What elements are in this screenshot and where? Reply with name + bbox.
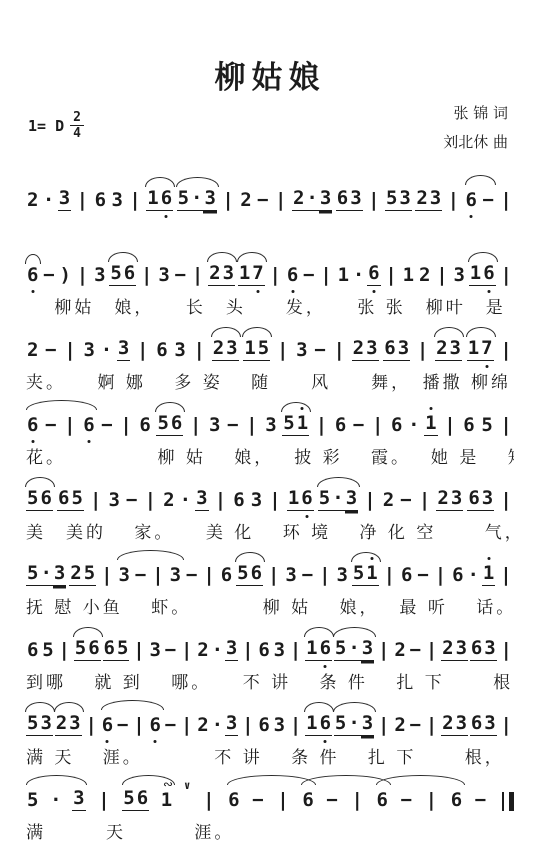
note-char: 5 xyxy=(26,714,39,736)
note-group: 6 xyxy=(26,266,39,286)
note-group: 65 xyxy=(57,489,84,511)
barline: | xyxy=(275,189,286,211)
tie-arc-icon xyxy=(117,550,184,560)
note-char: 3 xyxy=(449,339,462,361)
notes-row: 2·3|63|165·3|2−|2·363|5323|6−| xyxy=(26,173,514,211)
note-char: 6 xyxy=(57,489,70,511)
note-group: 6 xyxy=(94,191,107,211)
key-label: 1= D xyxy=(28,117,64,135)
note-char: 2 xyxy=(382,491,395,511)
note-char: 6 xyxy=(470,639,483,661)
note-char: · xyxy=(347,639,360,661)
barline: | xyxy=(426,714,437,736)
lyrics-row: 夹。 婀 娜 多 姿 随 风 舞， 播撒 柳绵 如 飞 xyxy=(26,361,514,395)
note-group: 23 xyxy=(415,189,442,211)
note-char: 3 xyxy=(72,789,85,811)
barline: | xyxy=(120,414,131,436)
note-char: 1 xyxy=(287,489,300,511)
note-group: 51 xyxy=(282,414,309,436)
music-line-2: 6−)|356|3−|2317|6−|1·6|12|316| 柳姑 娘， 长 头… xyxy=(26,248,514,320)
music-line-5: 5665|3−|2·3|63|165·3|2−|2363|美 美的 家。 美 化… xyxy=(26,473,514,545)
lyrics-row: 美 美的 家。 美 化 环 境 净 化 空 气， 伫立 河岸 xyxy=(26,511,514,545)
note-group: 1 xyxy=(482,564,495,586)
music-line-1: 2·3|63|165·3|2−|2·363|5323|6−| xyxy=(26,173,514,245)
note-group: 6 xyxy=(26,416,39,436)
held-note-dash: − xyxy=(42,264,55,286)
note-char: 6 xyxy=(123,264,136,286)
notes-row: 2−|3·3|63|2315|3−|2363|2317| xyxy=(26,323,514,361)
note-char: 6 xyxy=(383,339,396,361)
slur-arc-icon xyxy=(468,252,498,262)
note-group: 23 xyxy=(436,489,463,511)
barline: | xyxy=(270,264,281,286)
lyrics-row: 满 天 涯。 不 讲 条 件 扎 下 根， 要让 绿色 xyxy=(26,736,514,770)
note-char: 3 xyxy=(349,189,362,211)
note-char: 6 xyxy=(82,416,95,436)
note-group: 6 xyxy=(227,791,240,811)
note-char: 6 xyxy=(462,416,475,436)
note-char: 3 xyxy=(455,714,468,736)
note-char: 1∾ xyxy=(160,791,173,811)
note-group: 16 xyxy=(287,489,314,511)
barline: | xyxy=(242,714,253,736)
note-char: 6 xyxy=(26,266,39,286)
note-char: 3 xyxy=(429,189,442,211)
barline: | xyxy=(417,339,428,361)
note-group: 5·3 xyxy=(26,564,66,586)
held-note-dash: − xyxy=(100,414,113,436)
note-group: 6 xyxy=(149,716,162,736)
barline: | xyxy=(501,714,512,736)
notation-area: 2·3|63|165·3|2−|2·363|5323|6−|6−)|356|3−… xyxy=(0,159,540,845)
barline: | xyxy=(435,564,446,586)
final-barline xyxy=(502,792,514,811)
note-char: 6 xyxy=(390,416,403,436)
note-group: 3 xyxy=(264,416,277,436)
note-char: 6 xyxy=(400,566,413,586)
note-group: 3 xyxy=(169,566,182,586)
held-note-dash: − xyxy=(44,339,57,361)
note-char: 3 xyxy=(264,416,277,436)
note-char: 5 xyxy=(74,639,87,661)
note-group: 5 xyxy=(26,791,39,811)
note-group: 63 xyxy=(383,339,410,361)
time-signature: 2 4 xyxy=(70,111,84,140)
lyricist-credit: 张 锦 词 xyxy=(443,99,508,128)
note-group: 6 xyxy=(138,416,151,436)
slur-arc-icon xyxy=(434,327,464,337)
barline: | xyxy=(268,564,279,586)
note-char: 2 xyxy=(162,491,175,511)
note-group: 6 xyxy=(26,641,39,661)
held-note-dash: − xyxy=(134,564,147,586)
music-line-7: 65|5665|3−|2·3|63|165·3|2−|2363|到哪 就 到 哪… xyxy=(26,623,514,695)
note-char: 7 xyxy=(251,264,264,286)
note-char: · xyxy=(331,489,344,511)
barline: | xyxy=(129,189,140,211)
time-numerator: 2 xyxy=(70,111,84,126)
held-note-dash: − xyxy=(352,414,365,436)
note-char: 3 xyxy=(483,639,496,661)
note-group: 3 xyxy=(93,266,106,286)
note-group: 23 xyxy=(441,639,468,661)
note-char: 2 xyxy=(415,189,428,211)
note-char: 5 xyxy=(318,489,331,511)
note-char: 3 xyxy=(222,264,235,286)
note-group: 3 xyxy=(173,341,186,361)
slur-arc-icon xyxy=(207,252,237,262)
barline: | xyxy=(385,264,396,286)
barline: | xyxy=(500,489,511,511)
note-char: 1 xyxy=(305,639,318,661)
augmentation-dot: · xyxy=(50,789,61,811)
note-group: 53 xyxy=(26,714,53,736)
note-group: 2 xyxy=(196,716,209,736)
held-note-dash: − xyxy=(301,564,314,586)
note-char: 6 xyxy=(257,641,270,661)
note-char: 2 xyxy=(55,714,68,736)
note-group: 5·3 xyxy=(334,714,374,736)
barline: | xyxy=(137,339,148,361)
slur-arc-icon xyxy=(281,402,311,412)
note-group: 2 xyxy=(393,641,406,661)
note-char: 2 xyxy=(26,341,39,361)
lyrics-row: 花。 柳 姑 娘， 披 彩 霞。 她 是 知 了 xyxy=(26,436,514,470)
note-group: 6 xyxy=(450,791,463,811)
barline: | xyxy=(215,489,226,511)
lyrics-row xyxy=(26,211,514,245)
note-group: 5·3 xyxy=(177,189,217,211)
note-char: 2 xyxy=(393,716,406,736)
held-note-dash: − xyxy=(474,789,487,811)
note-char: 5 xyxy=(236,564,249,586)
barline: | xyxy=(384,564,395,586)
barline: | xyxy=(145,489,156,511)
barline: | xyxy=(448,189,459,211)
slur-arc-icon xyxy=(176,177,219,187)
note-group: 23 xyxy=(212,339,239,361)
note-char: 5 xyxy=(26,564,39,586)
held-note-dash: − xyxy=(164,639,177,661)
tie-paren: ) xyxy=(59,264,72,286)
held-note-dash: − xyxy=(302,264,315,286)
barline: | xyxy=(500,339,511,361)
note-char: 3 xyxy=(117,566,130,586)
note-group: 3 xyxy=(108,491,121,511)
barline: | xyxy=(320,264,331,286)
note-char: 6 xyxy=(367,264,380,286)
tie-arc-icon xyxy=(101,700,164,710)
note-char: 3 xyxy=(250,491,263,511)
note-group: 25 xyxy=(69,564,96,586)
barline: | xyxy=(222,189,233,211)
note-char: 3 xyxy=(481,489,494,511)
note-char: 5 xyxy=(282,414,295,436)
held-note-dash: − xyxy=(185,564,198,586)
note-char: 5 xyxy=(257,339,270,361)
barline: | xyxy=(133,639,144,661)
held-note-dash: − xyxy=(125,489,138,511)
note-char: 6 xyxy=(467,489,480,511)
note-char: 6 xyxy=(227,791,240,811)
barline: | xyxy=(501,639,512,661)
barline: | xyxy=(277,339,288,361)
augmentation-dot: · xyxy=(212,714,223,736)
note-group: 2 xyxy=(162,491,175,511)
sheet-music-page: 柳姑娘 1= D 2 4 张 锦 词 刘北休 曲 2·3|63|165·3|2−… xyxy=(0,0,540,850)
note-char: · xyxy=(347,714,360,736)
music-line-3: 2−|3·3|63|2315|3−|2363|2317|夹。 婀 娜 多 姿 随… xyxy=(26,323,514,395)
note-char: 6 xyxy=(26,416,39,436)
note-char: 6 xyxy=(26,641,39,661)
note-group: 17 xyxy=(238,264,265,286)
slur-arc-icon xyxy=(155,402,185,412)
note-char: 5 xyxy=(352,564,365,586)
barline: | xyxy=(426,639,437,661)
barline: | xyxy=(246,414,257,436)
note-group: 3 xyxy=(117,566,130,586)
held-note-dash: − xyxy=(251,789,264,811)
note-group: 3 xyxy=(110,191,123,211)
barline: | xyxy=(419,489,430,511)
note-group: 3 xyxy=(58,189,71,211)
note-group: 56 xyxy=(109,264,136,286)
slur-arc-icon xyxy=(237,252,267,262)
note-group: 1 xyxy=(337,266,350,286)
key-signature: 1= D 2 4 xyxy=(28,111,84,140)
barline: | xyxy=(436,264,447,286)
tie-arc-icon xyxy=(26,775,87,785)
held-note-dash: − xyxy=(226,414,239,436)
note-char: 6 xyxy=(232,491,245,511)
note-group: 6 xyxy=(334,416,347,436)
lyrics-row: 满 天 涯。 xyxy=(26,811,514,845)
note-char: 2 xyxy=(26,191,39,211)
augmentation-dot: · xyxy=(353,264,364,286)
note-group: 53 xyxy=(385,189,412,211)
note-group: 17 xyxy=(467,339,494,361)
note-char: 3 xyxy=(397,339,410,361)
note-char: 3 xyxy=(83,341,96,361)
note-char: 3 xyxy=(117,339,130,361)
note-group: 16 xyxy=(305,639,332,661)
lyrics-row: 抚 慰 小鱼 虾。 柳 姑 娘， 最 听 话。 叫 她 xyxy=(26,586,514,620)
note-char: 6 xyxy=(220,566,233,586)
note-group: 2 xyxy=(26,191,39,211)
note-char: 6 xyxy=(450,791,463,811)
note-char: 6 xyxy=(376,791,389,811)
meta-row: 1= D 2 4 张 锦 词 刘北休 曲 xyxy=(0,97,540,159)
note-group: 5 xyxy=(480,416,493,436)
note-group: 3 xyxy=(335,566,348,586)
barline: | xyxy=(64,339,75,361)
note-char: 6 xyxy=(136,789,149,811)
note-group: 3 xyxy=(72,789,85,811)
note-group: 5·3 xyxy=(334,639,374,661)
held-note-dash: − xyxy=(44,414,57,436)
held-note-dash: − xyxy=(481,189,494,211)
barline: | xyxy=(500,264,511,286)
slur-arc-icon xyxy=(351,552,381,562)
barline: | xyxy=(269,489,280,511)
note-char: 3 xyxy=(157,266,170,286)
slur-arc-icon xyxy=(145,177,175,187)
note-char: 1 xyxy=(305,714,318,736)
note-char: 6 xyxy=(319,714,332,736)
barline: | xyxy=(77,264,88,286)
note-char: 1 xyxy=(424,414,437,436)
note-group: 6 xyxy=(257,716,270,736)
held-note-dash: − xyxy=(399,489,412,511)
note-char: 3 xyxy=(58,189,71,211)
augmentation-dot: · xyxy=(212,639,223,661)
note-group: 3 xyxy=(295,341,308,361)
barline: | xyxy=(181,714,192,736)
slur-arc-icon xyxy=(25,254,41,264)
breath-mark-icon: ∨ xyxy=(184,779,191,792)
note-char: 3 xyxy=(295,341,308,361)
augmentation-dot: · xyxy=(468,564,479,586)
barline: | xyxy=(277,789,288,811)
note-char: 6 xyxy=(149,716,162,736)
note-char: 6 xyxy=(482,264,495,286)
note-char: · xyxy=(305,189,318,211)
note-char: 3 xyxy=(284,566,297,586)
augmentation-dot: · xyxy=(180,489,191,511)
note-group: 56 xyxy=(156,414,183,436)
note-group: 15 xyxy=(243,339,270,361)
note-group: 6 xyxy=(82,416,95,436)
note-char: 1 xyxy=(467,339,480,361)
composer-credit: 刘北休 曲 xyxy=(443,128,508,157)
barline: | xyxy=(444,414,455,436)
tie-arc-icon xyxy=(376,775,465,785)
note-char: 5 xyxy=(70,489,83,511)
note-char: 5 xyxy=(109,264,122,286)
slur-arc-icon xyxy=(317,477,360,487)
note-char: 1 xyxy=(243,339,256,361)
note-group: 3 xyxy=(149,641,162,661)
note-group: 51 xyxy=(352,564,379,586)
note-char: 3 xyxy=(93,266,106,286)
note-char: 2 xyxy=(436,489,449,511)
note-char: 1 xyxy=(146,189,159,211)
slur-arc-icon xyxy=(25,477,55,487)
note-char: 3 xyxy=(335,566,348,586)
note-group: 2 xyxy=(382,491,395,511)
lyrics-row: 柳姑 娘， 长 头 发， 张 张 柳叶 是 发 xyxy=(26,286,514,320)
notes-row: 5·325|3−|3−|656|3−|351|6−|6·1| xyxy=(26,548,514,586)
barline: | xyxy=(141,264,152,286)
note-char: 2 xyxy=(418,266,431,286)
note-char: 3 xyxy=(68,714,81,736)
barline: | xyxy=(152,564,163,586)
note-char: 5 xyxy=(83,564,96,586)
note-char: 6 xyxy=(257,716,270,736)
note-char: 3 xyxy=(319,189,332,211)
held-note-dash: − xyxy=(400,789,413,811)
note-group: 23 xyxy=(441,714,468,736)
note-char: 2 xyxy=(393,641,406,661)
slur-arc-icon xyxy=(333,702,376,712)
note-group: 63 xyxy=(336,189,363,211)
slur-arc-icon xyxy=(333,627,376,637)
note-group: 16 xyxy=(469,264,496,286)
tie-arc-icon xyxy=(26,400,97,410)
song-title: 柳姑娘 xyxy=(0,52,540,97)
note-char: 3 xyxy=(273,641,286,661)
held-note-dash: − xyxy=(256,189,269,211)
note-group: 6 xyxy=(376,791,389,811)
note-char: 3 xyxy=(195,489,208,511)
barline: | xyxy=(316,414,327,436)
note-char: 5 xyxy=(26,791,39,811)
note-group: 6 xyxy=(465,191,478,211)
note-group: 16 xyxy=(146,189,173,211)
slur-arc-icon xyxy=(242,327,272,337)
notes-row: 6−)|356|3−|2317|6−|1·6|12|316| xyxy=(26,248,514,286)
barline: | xyxy=(500,564,511,586)
note-group: 3 xyxy=(452,266,465,286)
barline: | xyxy=(319,564,330,586)
note-char: 6 xyxy=(138,416,151,436)
note-char: 5 xyxy=(116,639,129,661)
note-group: 6 xyxy=(367,264,380,286)
note-group: 23 xyxy=(55,714,82,736)
note-char: 6 xyxy=(94,191,107,211)
barline: | xyxy=(500,414,511,436)
music-line-4: 6−|6−|656|3−|351|6−|6·1|65|花。 柳 姑 娘， 披 彩… xyxy=(26,398,514,470)
note-char: 3 xyxy=(225,339,238,361)
note-group: 23 xyxy=(208,264,235,286)
note-char: 6 xyxy=(286,266,299,286)
note-char: 2 xyxy=(196,716,209,736)
barline: | xyxy=(181,639,192,661)
note-group: 3 xyxy=(225,714,238,736)
barline: | xyxy=(242,639,253,661)
note-char: 6 xyxy=(301,791,314,811)
note-group: 3 xyxy=(157,266,170,286)
note-char: 6 xyxy=(451,566,464,586)
held-note-dash: − xyxy=(416,564,429,586)
note-group: 3 xyxy=(83,341,96,361)
note-char: 3 xyxy=(345,489,358,511)
note-char: 3 xyxy=(365,339,378,361)
notes-row: 65|5665|3−|2·3|63|165·3|2−|2363| xyxy=(26,623,514,661)
note-char: 2 xyxy=(69,564,82,586)
note-char: 3 xyxy=(225,639,238,661)
note-group: 63 xyxy=(470,714,497,736)
note-group: 16 xyxy=(305,714,332,736)
notes-row: 5665|3−|2·3|63|165·3|2−|2363| xyxy=(26,473,514,511)
music-line-6: 5·325|3−|3−|656|3−|351|6−|6·1|抚 慰 小鱼 虾。 … xyxy=(26,548,514,620)
note-char: 3 xyxy=(273,716,286,736)
barline: | xyxy=(194,339,205,361)
note-char: 6 xyxy=(250,564,263,586)
barline: | xyxy=(59,639,70,661)
note-char: 3 xyxy=(53,564,66,586)
note-group: 56 xyxy=(74,639,101,661)
note-char: 2 xyxy=(435,339,448,361)
held-note-dash: − xyxy=(164,714,177,736)
note-group: 6 xyxy=(257,641,270,661)
barline: | xyxy=(378,639,389,661)
note-group: 2 xyxy=(196,641,209,661)
note-char: 5 xyxy=(334,639,347,661)
held-note-dash: − xyxy=(409,639,422,661)
note-char: 3 xyxy=(110,191,123,211)
barline: | xyxy=(500,189,511,211)
